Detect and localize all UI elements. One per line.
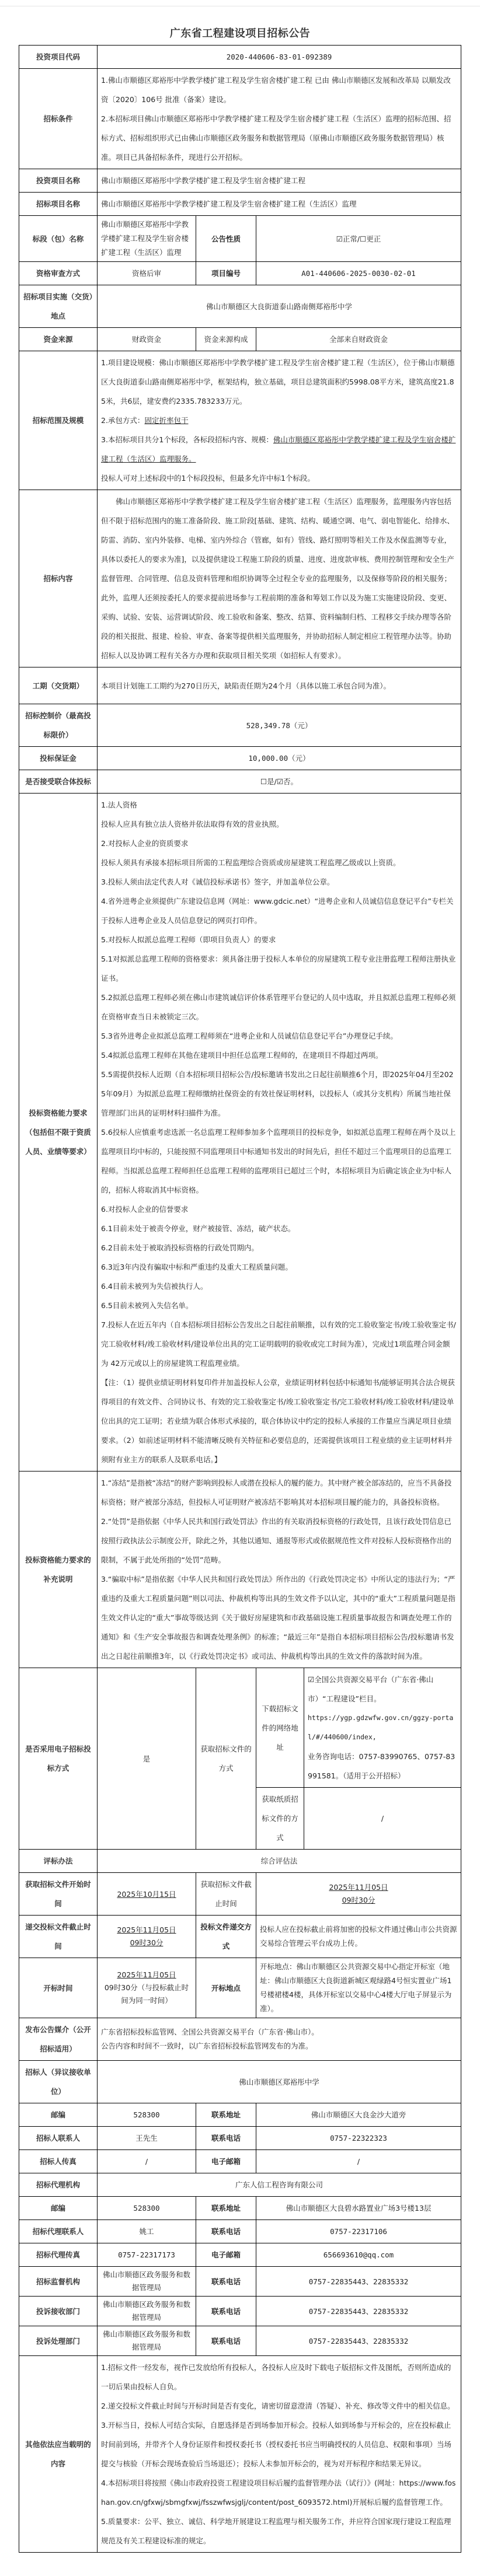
scope-p1: 1.项目建设规模：佛山市顺德区郑裕彤中学教学楼扩建工程及学生宿舍楼扩建工程（生活… (101, 353, 457, 411)
label-conditions: 招标条件 (19, 69, 98, 169)
scope-p4: 投标人可对上述标段中的1个标段投标，但最多允许中标1个标段。 (101, 469, 457, 488)
label-scope: 招标范围及规模 (19, 351, 98, 490)
scope-p2: 2.承包方式：固定折率包干 (101, 411, 457, 430)
label-project-number: 项目编号 (196, 262, 256, 285)
label-complaint-handle: 投诉处理部门 (19, 2326, 98, 2356)
qualification-item: 6.对投标人企业的信誉要求 (101, 1200, 457, 1219)
tender-notice-table: 投资项目代码 2020-440606-83-01-092389 招标条件 1.佛… (19, 45, 461, 2553)
value-agency-fax: 0757-22317173 (98, 2243, 196, 2267)
value-section: 佛山市顺德区郑裕彤中学教学楼扩建工程及学生宿舍楼扩建工程（生活区）监理 (98, 216, 196, 262)
qualification-item: 7.投标人在近五年内（自本招标项目招标公告发出之日起往前顺推，以有效的完工验收鉴… (101, 1315, 457, 1373)
label-tenderer: 招标人（异议接收单位） (19, 2061, 98, 2103)
value-investment-name: 佛山市顺德区郑裕彤中学教学楼扩建工程及学生宿舍楼扩建工程 (98, 169, 461, 193)
row-complaint-receive: 投诉接收部门 佛山市顺德区政务服务和数据管理局 联系电话 0757-228354… (19, 2297, 461, 2326)
media-p2: 公告内容和时间不一致时，以广东省招标投标监管网发布的为准。 (101, 2039, 457, 2053)
value-supervision: 佛山市顺德区政务服务和数据管理局 (98, 2267, 196, 2297)
label-tenderer-zip: 邮编 (19, 2103, 98, 2127)
row-agency-person: 招标代理联系人 姚工 联系电话 0757-22317106 (19, 2220, 461, 2243)
supplement-item: 1.“冻结”是指被“冻结”的财产影响到投标人或潜在投标人的履约能力。其中财产被全… (101, 1473, 457, 1512)
qualification-item: 5.5需提供投标人近期（自本招标项目招标公告/投标邀请书发出之日起往前顺推6个月… (101, 1065, 457, 1123)
obtain-end-time: 09时30分 (260, 1894, 457, 1907)
label-submit: 递交投标文件截止时间 (19, 1916, 98, 1958)
row-supervision: 招标监督机构 佛山市顺德区政务服务和数据管理局 联系电话 0757-228354… (19, 2267, 461, 2297)
qualification-item: 3.投标人须由法定代表人对《诚信投标承诺书》签字，并加盖单位公章。 (101, 872, 457, 892)
value-other: 1.招标文件一经发布，视作已发放给所有投标人，各投标人应及时下载电子版招标文件及… (98, 2356, 461, 2553)
label-opening-place: 开标地点 (196, 1958, 256, 2018)
value-duration: 本项目计划施工工期约为270日历天，缺陷责任期为24个月（具体以施工承包合同为准… (98, 667, 461, 704)
label-review: 资格审查方式 (19, 262, 98, 285)
qualification-item: 1.法人资格 (101, 795, 457, 815)
row-tenderer-person: 招标人联系人 王先生 联系电话 0757-22322323 (19, 2127, 461, 2150)
label-obtain-method: 获取招标文件的方式 (196, 1668, 256, 1850)
submit-time: 09时30分 (101, 1937, 192, 1949)
value-electronic: 是 (98, 1668, 196, 1850)
label-tenderer-fax: 招标人传真 (19, 2150, 98, 2173)
label-supervision: 招标监督机构 (19, 2267, 98, 2297)
bottom-spacer (0, 2553, 480, 2576)
label-tenderer-address: 联系地址 (196, 2103, 256, 2127)
conditions-p1: 1.佛山市顺德区郑裕彤中学教学楼扩建工程及学生宿舍楼扩建工程 已由 佛山市顺德区… (101, 71, 457, 109)
value-agency-address: 佛山市顺德区大良碧水路置业广场3号楼13层 (256, 2197, 461, 2220)
qualification-item: 6.1目前未处于被责令停业，财产被接管、冻结，破产状态。 (101, 1219, 457, 1238)
value-media: 广东省招标投标监管网、全国公共资源交易平台（广东省·佛山市）。 公告内容和时间不… (98, 2018, 461, 2061)
qualification-item: 5.对投标人拟派总监理工程师（即项目负责人）的要求 (101, 930, 457, 949)
qualification-item: 4.省外进粤企业须提供广东建设信息网（网址：www.gdcic.net）“进粤企… (101, 892, 457, 930)
row-content: 招标内容 佛山市顺德区郑裕彤中学教学楼扩建工程及学生宿舍楼扩建工程（生活区）监理… (19, 490, 461, 667)
row-other: 其他依法应当载明的内容 1.招标文件一经发布，视作已发放给所有投标人，各投标人应… (19, 2356, 461, 2553)
other-item: 2.递交投标文件截止时间与开标时间是否有变化，请密切留意澄清（答疑）、补充、修改… (101, 2396, 457, 2416)
label-tenderer-person: 招标人联系人 (19, 2127, 98, 2150)
label-bond: 投标保证金 (19, 747, 98, 770)
qualification-item: 5.6投标人应慎重考虑选派一名总监理工程师参加多个监理项目的投标竞争，如拟派总监… (101, 1123, 457, 1200)
value-agency: 广东人信工程咨询有限公司 (98, 2173, 461, 2197)
submit-date: 2025年11月05日 (101, 1924, 192, 1937)
label-tender-name: 招标项目名称 (19, 193, 98, 216)
media-p1: 广东省招标投标监管网、全国公共资源交易平台（广东省·佛山市）。 (101, 2025, 457, 2039)
row-complaint-handle: 投诉处理部门 佛山市顺德区政务服务和数据管理局 联系电话 0757-228354… (19, 2326, 461, 2356)
page-title: 广东省工程建设项目招标公告 (0, 25, 480, 40)
value-bond: 10,000.00（元） (98, 747, 461, 770)
qualification-item: 5.1对拟派总监理工程师的资格要求：须具备注册于投标人本单位的房屋建筑工程专业注… (101, 949, 457, 988)
label-notice-nature: 公告性质 (196, 216, 256, 262)
top-divider (0, 0, 480, 6)
row-evaluation: 评标办法 综合评估法 (19, 1850, 461, 1873)
qualification-item: 6.2目前未处于被取消投标资格的行政处罚期内。 (101, 1238, 457, 1257)
value-consortium: ☐是/☑否。 (98, 770, 461, 794)
label-agency-phone: 联系电话 (196, 2220, 256, 2243)
scope-p3-prefix: 3.本招标项目共分1个标段，各标段招标内容、规模： (101, 435, 273, 444)
label-electronic: 是否采用电子招标投标方式 (19, 1668, 98, 1850)
qualification-item: 6.5目前未被列入失信名单。 (101, 1296, 457, 1315)
row-tenderer-zip: 邮编 528300 联系地址 佛山市顺德区大良金沙大道旁 (19, 2103, 461, 2127)
other-item: 3.开标当日，投标人可结合实际，自愿选择是否到场参加开标会。投标人如到场参与开标… (101, 2416, 457, 2473)
label-download-url: 下载招标文件的网络地址 (256, 1668, 304, 1788)
row-agency-fax: 招标代理传真 0757-22317173 电子邮箱 656693610@qq.c… (19, 2243, 461, 2267)
row-agency-zip: 邮编 528300 联系地址 佛山市顺德区大良碧水路置业广场3号楼13层 (19, 2197, 461, 2220)
value-agency-email[interactable]: 656693610@qq.com (256, 2243, 461, 2267)
row-scope: 招标范围及规模 1.项目建设规模：佛山市顺德区郑裕彤中学教学楼扩建工程及学生宿舍… (19, 351, 461, 490)
value-tender-name: 佛山市顺德区郑裕彤中学教学楼扩建工程及学生宿舍楼扩建工程（生活区）监理 (98, 193, 461, 216)
value-control-price: 528,349.78（元） (98, 704, 461, 747)
download-phone: 业务咨询电话：0757-83990765、0757-83991581。（适用于公… (308, 1747, 457, 1785)
row-supplement: 投标资格能力要求的补充说明 1.“冻结”是指被“冻结”的财产影响到投标人或潜在投… (19, 1471, 461, 1668)
value-tenderer-address: 佛山市顺德区大良金沙大道旁 (256, 2103, 461, 2127)
value-location: 佛山市顺德区大良街道泰山路南侧郑裕彤中学 (98, 285, 461, 328)
row-project-code: 投资项目代码 2020-440606-83-01-092389 (19, 46, 461, 69)
value-complaint-handle-phone: 0757-22835443、22835332 (256, 2326, 461, 2356)
value-tenderer: 佛山市顺德区郑裕彤中学 (98, 2061, 461, 2103)
value-notice-nature: ☑正常/☐更正 (256, 216, 461, 262)
label-supervision-phone: 联系电话 (196, 2267, 256, 2297)
value-supplement: 1.“冻结”是指被“冻结”的财产影响到投标人或潜在投标人的履约能力。其中财产被全… (98, 1471, 461, 1668)
row-obtain-time: 获取招标文件开始时间 2025年10月15日 获取招标文件截止时间 2025年1… (19, 1873, 461, 1916)
label-consortium: 是否接受联合体投标 (19, 770, 98, 794)
value-project-code: 2020-440606-83-01-092389 (98, 46, 461, 69)
supplement-item: 3.“骗取中标”是指依据《中华人民共和国行政处罚法》所作出的《行政处罚决定书》中… (101, 1570, 457, 1666)
row-agency: 招标代理机构 广东人信工程咨询有限公司 (19, 2173, 461, 2197)
row-funding: 资金来源 财政资金 资金来源构成 全部来自财政资金 (19, 328, 461, 351)
label-tenderer-phone: 联系电话 (196, 2127, 256, 2150)
qualification-item: 5.2拟派总监理工程师必须在佛山市建筑诚信评价体系管理平台登记的人员中选取，并且… (101, 988, 457, 1026)
value-project-number: A01-440606-2025-0030-02-01 (256, 262, 461, 285)
label-qualification: 投标资格能力要求（包括但不限于资质人员、业绩等要求） (19, 794, 98, 1471)
value-agency-person: 姚工 (98, 2220, 196, 2243)
row-electronic: 是否采用电子招标投标方式 是 获取招标文件的方式 下载招标文件的网络地址 ☑全国… (19, 1668, 461, 1788)
label-location: 招标项目实施（交货）地点 (19, 285, 98, 328)
opening-date: 2025年11月05日 (101, 1969, 192, 1981)
label-complaint-handle-phone: 联系电话 (196, 2326, 256, 2356)
qualification-item: 5.3省外进粤企业拟派总监理工程师须在“进粤企业和人员诚信信息登记平台”办理登记… (101, 1026, 457, 1046)
value-tenderer-person: 王先生 (98, 2127, 196, 2150)
value-funding-composition: 全部来自财政资金 (256, 328, 461, 351)
label-tenderer-email: 电子邮箱 (196, 2150, 256, 2173)
download-url-link[interactable]: https://ygp.gdzwfw.gov.cn/ggzy-portal/#/… (308, 1708, 457, 1747)
row-investment-name: 投资项目名称 佛山市顺德区郑裕彤中学教学楼扩建工程及学生宿舍楼扩建工程 (19, 169, 461, 193)
value-download: ☑全国公共资源交易平台（广东省·佛山市）“工程建设”栏目。 https://yg… (304, 1668, 461, 1788)
row-opening: 开标时间 2025年11月05日 09时30分（与投标截止时间为同一时间） 开标… (19, 1958, 461, 2018)
value-review: 资格后审 (98, 262, 196, 285)
row-duration: 工期（交货期） 本项目计划施工工期约为270日历天，缺陷责任期为24个月（具体以… (19, 667, 461, 704)
label-complaint-receive-phone: 联系电话 (196, 2297, 256, 2326)
supplement-item: 2.“处罚”是指依据《中华人民共和国行政处罚法》作出的有关取消投标资格的行政处罚… (101, 1512, 457, 1570)
value-agency-zip: 528300 (98, 2197, 196, 2220)
label-agency: 招标代理机构 (19, 2173, 98, 2197)
qualification-item: 5.4拟派总监理工程师在其他在建项目中担任总监理工程师的，在建项目不得超过两项。 (101, 1046, 457, 1065)
label-complaint-receive: 投诉接收部门 (19, 2297, 98, 2326)
scope-p2-prefix: 2.承包方式： (101, 416, 144, 425)
label-submit-method: 投标文件递交方式 (196, 1916, 256, 1958)
label-control-price: 招标控制价（最高投标限价） (19, 704, 98, 747)
value-funding: 财政资金 (98, 328, 196, 351)
scope-p3: 3.本招标项目共分1个标段，各标段招标内容、规模：佛山市顺德区郑裕彤中学教学楼扩… (101, 430, 457, 469)
label-evaluation: 评标办法 (19, 1850, 98, 1873)
row-review: 资格审查方式 资格后审 项目编号 A01-440606-2025-0030-02… (19, 262, 461, 285)
value-paper: / (304, 1788, 461, 1850)
label-investment-name: 投资项目名称 (19, 169, 98, 193)
row-tenderer: 招标人（异议接收单位） 佛山市顺德区郑裕彤中学 (19, 2061, 461, 2103)
value-complaint-handle: 佛山市顺德区政务服务和数据管理局 (98, 2326, 196, 2356)
label-obtain-end: 获取招标文件截止时间 (196, 1873, 256, 1916)
row-consortium: 是否接受联合体投标 ☐是/☑否。 (19, 770, 461, 794)
label-agency-fax: 招标代理传真 (19, 2243, 98, 2267)
value-supervision-phone: 0757-22835443、22835332 (256, 2267, 461, 2297)
row-bond: 投标保证金 10,000.00（元） (19, 747, 461, 770)
label-section: 标段（包）名称 (19, 216, 98, 262)
value-obtain-end: 2025年11月05日 09时30分 (256, 1873, 461, 1916)
label-agency-address: 联系地址 (196, 2197, 256, 2220)
conditions-p2: 2.本招标项目佛山市顺德区郑裕彤中学教学楼扩建工程及学生宿舍楼扩建工程（生活区）… (101, 109, 457, 167)
row-control-price: 招标控制价（最高投标限价） 528,349.78（元） (19, 704, 461, 747)
row-submit: 递交投标文件截止时间 2025年11月05日 09时30分 投标文件递交方式 投… (19, 1916, 461, 1958)
label-paper: 获取纸质招标文件的方式 (256, 1788, 304, 1850)
row-tenderer-fax: 招标人传真 / 电子邮箱 / (19, 2150, 461, 2173)
scope-p2-value: 固定折率包干 (144, 416, 188, 425)
download-platform: ☑全国公共资源交易平台（广东省·佛山市）“工程建设”栏目。 (308, 1670, 457, 1708)
row-qualification: 投标资格能力要求（包括但不限于资质人员、业绩等要求） 1.法人资格 投标人应具有… (19, 794, 461, 1471)
qualification-item: 投标人须具有承接本招标项目所需的工程监理综合资质或房屋建筑工程监理乙级或以上资质… (101, 853, 457, 872)
value-evaluation: 综合评估法 (98, 1850, 461, 1873)
label-opening: 开标时间 (19, 1958, 98, 2018)
value-tenderer-phone: 0757-22322323 (256, 2127, 461, 2150)
row-conditions: 招标条件 1.佛山市顺德区郑裕彤中学教学楼扩建工程及学生宿舍楼扩建工程 已由 佛… (19, 69, 461, 169)
label-agency-email: 电子邮箱 (196, 2243, 256, 2267)
value-obtain-start: 2025年10月15日 (98, 1873, 196, 1916)
other-item: 4.本招标项目将按照《佛山市政府投资工程建设项目标后履约监督管理办法（试行）》(… (101, 2473, 457, 2512)
label-obtain-start: 获取招标文件开始时间 (19, 1873, 98, 1916)
value-agency-phone: 0757-22317106 (256, 2220, 461, 2243)
value-opening-place: 开标地点：佛山市顺德区公共资源交易中心指定开标室（地址：佛山市顺德区大良街道新城… (256, 1958, 461, 2018)
label-supplement: 投标资格能力要求的补充说明 (19, 1471, 98, 1668)
other-item: 1.招标文件一经发布，视作已发放给所有投标人，各投标人应及时下载电子版招标文件及… (101, 2358, 457, 2396)
label-project-code: 投资项目代码 (19, 46, 98, 69)
value-tenderer-email: / (256, 2150, 461, 2173)
opening-time: 09时30分（与投标截止时间为同一时间） (101, 1981, 192, 2007)
qualification-item: 2.对投标人企业的资质要求 (101, 834, 457, 853)
label-content: 招标内容 (19, 490, 98, 667)
label-other: 其他依法应当载明的内容 (19, 2356, 98, 2553)
value-complaint-receive-phone: 0757-22835443、22835332 (256, 2297, 461, 2326)
other-item: 5.质量要求：公平、独立、诚信、科学地开展建设工程监理与相关服务工作，并应符合国… (101, 2512, 457, 2550)
label-agency-zip: 邮编 (19, 2197, 98, 2220)
qualification-item: 6.3近3年内没有骗取中标和严重违约及重大工程质量问题。 (101, 1257, 457, 1277)
value-submit-method: 投标人应在投标截止前将加密的投标文件通过佛山市公共资源交易综合管理云平台成功上传… (256, 1916, 461, 1958)
row-section: 标段（包）名称 佛山市顺德区郑裕彤中学教学楼扩建工程及学生宿舍楼扩建工程（生活区… (19, 216, 461, 262)
qualification-item: 6.4目前未被列为失信被执行人。 (101, 1277, 457, 1296)
value-complaint-receive: 佛山市顺德区政务服务和数据管理局 (98, 2297, 196, 2326)
row-tender-name: 招标项目名称 佛山市顺德区郑裕彤中学教学楼扩建工程及学生宿舍楼扩建工程（生活区）… (19, 193, 461, 216)
value-scope: 1.项目建设规模：佛山市顺德区郑裕彤中学教学楼扩建工程及学生宿舍楼扩建工程（生活… (98, 351, 461, 490)
row-media: 发布公告媒介（公开招标适用） 广东省招标投标监管网、全国公共资源交易平台（广东省… (19, 2018, 461, 2061)
qualification-item: 【注：（1）提供业绩证明材料复印件并加盖投标人公章，业绩证明材料包括中标通知书/… (101, 1373, 457, 1469)
value-conditions: 1.佛山市顺德区郑裕彤中学教学楼扩建工程及学生宿舍楼扩建工程 已由 佛山市顺德区… (98, 69, 461, 169)
label-media: 发布公告媒介（公开招标适用） (19, 2018, 98, 2061)
label-funding: 资金来源 (19, 328, 98, 351)
label-funding-composition: 资金来源构成 (196, 328, 256, 351)
value-submit: 2025年11月05日 09时30分 (98, 1916, 196, 1958)
obtain-end-date: 2025年11月05日 (260, 1881, 457, 1894)
label-duration: 工期（交货期） (19, 667, 98, 704)
value-content: 佛山市顺德区郑裕彤中学教学楼扩建工程及学生宿舍楼扩建工程（生活区）监理服务，监理… (98, 490, 461, 667)
row-location: 招标项目实施（交货）地点 佛山市顺德区大良街道泰山路南侧郑裕彤中学 (19, 285, 461, 328)
label-agency-person: 招标代理联系人 (19, 2220, 98, 2243)
value-tenderer-fax: / (98, 2150, 196, 2173)
value-qualification: 1.法人资格 投标人应具有独立法人资格并依法取得有效的营业执照。 2.对投标人企… (98, 794, 461, 1471)
value-tenderer-zip: 528300 (98, 2103, 196, 2127)
qualification-item: 投标人应具有独立法人资格并依法取得有效的营业执照。 (101, 815, 457, 834)
value-opening: 2025年11月05日 09时30分（与投标截止时间为同一时间） (98, 1958, 196, 2018)
